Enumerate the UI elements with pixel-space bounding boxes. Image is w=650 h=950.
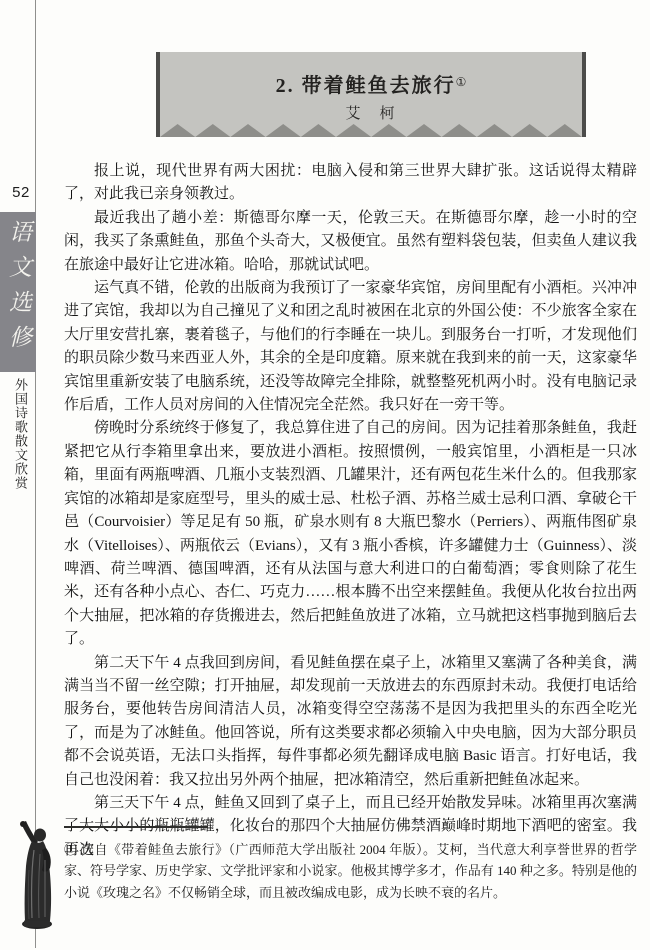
article-body: 报上说，现代世界有两大困扰：电脑入侵和第三世界大肆扩张。这话说得太精辟了，对此我… [64, 160, 637, 862]
sidebar-divider-line [35, 0, 36, 948]
paragraph: 最近我出了趟小差：斯德哥尔摩一天，伦敦三天。在斯德哥尔摩，趁一小时的空闲，我买了… [64, 207, 637, 277]
textbook-page: 52 语文选修 外国诗歌散文欣赏 2. 带着鲑鱼去旅行① 艾 柯 报上说，现代世… [0, 0, 650, 950]
series-title-block: 语文选修 [0, 212, 36, 372]
footnote: ① 选自《带着鲑鱼去旅行》（广西师范大学出版社 2004 年版）。艾柯，当代意大… [64, 839, 637, 903]
footnote-reference-mark: ① [456, 75, 467, 89]
paragraph: 傍晚时分系统终于修复了，我总算住进了自己的房间。因为记挂着那条鲑鱼，我赶紧把它从… [64, 417, 637, 651]
footnote-separator [64, 826, 208, 828]
statue-illustration [7, 820, 63, 934]
footnote-marker: ① [64, 842, 77, 857]
lesson-title: 2. 带着鲑鱼去旅行① [156, 69, 586, 98]
paragraph: 报上说，现代世界有两大困扰：电脑入侵和第三世界大肆扩张。这话说得太精辟了，对此我… [64, 160, 637, 207]
footnote-text: 选自《带着鲑鱼去旅行》（广西师范大学出版社 2004 年版）。艾柯，当代意大利享… [64, 842, 637, 900]
paragraph: 第二天下午 4 点我回到房间，看见鲑鱼摆在桌子上，冰箱里又塞满了各种美食，满满当… [64, 652, 637, 792]
series-title-vertical: 语文选修 [5, 220, 31, 360]
zigzag-border [160, 124, 582, 137]
lesson-title-text: 2. 带着鲑鱼去旅行 [276, 75, 456, 97]
lesson-title-box: 2. 带着鲑鱼去旅行① 艾 柯 [156, 52, 586, 137]
page-number: 52 [8, 184, 34, 201]
lesson-author: 艾 柯 [156, 102, 586, 123]
paragraph: 运气真不错，伦敦的出版商为我预订了一家豪华宾馆，房间里配有小酒柜。兴冲冲进了宾馆… [64, 277, 637, 417]
book-title-vertical: 外国诗歌散文欣赏 [11, 378, 30, 493]
